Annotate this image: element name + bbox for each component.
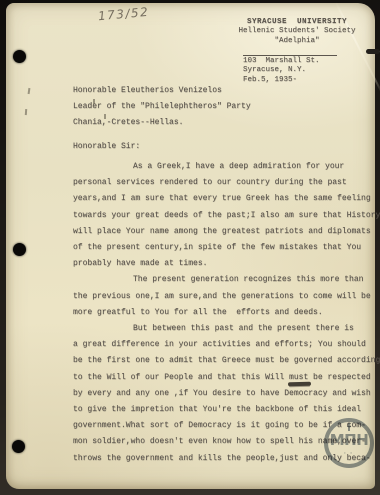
letter-line: But between this past and the present th…: [73, 321, 380, 337]
pencil-tick: [25, 109, 27, 115]
pen-mark-right-edge: [366, 49, 380, 54]
letterhead-address: 103 Marshall St. Syracuse, N.Y. Feb.5, 1…: [243, 57, 320, 85]
letter-line: personal services rendered to our countr…: [73, 175, 380, 191]
stamp-monogram: ΜΠΗ: [324, 431, 374, 449]
pencil-tick: [28, 88, 30, 94]
hole-punch: [13, 243, 26, 256]
hole-punch: [12, 440, 25, 453]
letter-line: a great difference in your activities an…: [73, 337, 380, 353]
pen-underline-must: [288, 382, 311, 387]
letterhead-city: Syracuse, N.Y.: [243, 66, 320, 75]
recipient-block: Honorable Eleutherios Venizelos Leader o…: [73, 83, 251, 131]
letterhead-university: SYRACUSE UNIVERSITY: [238, 18, 356, 27]
fold-crease: [335, 2, 380, 94]
letter-line: by every and any one ,if You desire to h…: [73, 386, 380, 402]
hole-punch: [13, 50, 26, 63]
letter-line: years,and I am sure that every true Gree…: [73, 191, 380, 207]
letterhead-society: Hellenic Students' Society: [238, 27, 356, 36]
letter-line: to the Will of our People and that this …: [73, 370, 380, 386]
letter-line: The present generation recognizes this m…: [73, 272, 380, 288]
recipient-location: Chania,-Cretes--Hellas.: [73, 115, 251, 131]
letterhead: SYRACUSE UNIVERSITY Hellenic Students' S…: [238, 18, 356, 46]
letter-line: As a Greek,I have a deep admiration for …: [73, 159, 380, 175]
stamp-dots: ··: [324, 450, 374, 458]
round-archive-stamp: ΜΠΗ ··: [324, 418, 374, 468]
letter-line: be the first one to admit that Greece mu…: [73, 353, 380, 369]
pencil-tick: [104, 114, 106, 119]
letter-line: more greatful to You for all the efforts…: [73, 305, 380, 321]
handwritten-archive-number: 173/52: [97, 5, 149, 23]
letter-paper: 173/52 SYRACUSE UNIVERSITY Hellenic Stud…: [6, 3, 375, 489]
letter-line: to give the impretion that You're the ba…: [73, 402, 380, 418]
letterhead-underline: [243, 55, 337, 56]
letterhead-date: Feb.5, 1935-: [243, 76, 320, 85]
letterhead-society-nickname: "Adelphia": [238, 37, 356, 46]
letter-line: will place Your name among the greatest …: [73, 224, 380, 240]
scan-background: 173/52 SYRACUSE UNIVERSITY Hellenic Stud…: [0, 0, 380, 495]
cross-icon: [347, 423, 351, 431]
letter-line: probably have made at times.: [73, 256, 380, 272]
letter-line: the previous one,I am sure,and the gener…: [73, 289, 380, 305]
letter-line: of the present century,in spite of the f…: [73, 240, 380, 256]
letterhead-street: 103 Marshall St.: [243, 57, 320, 66]
pencil-tick: [93, 99, 95, 104]
recipient-title: Leader of the "Philelephtheros" Party: [73, 99, 251, 115]
recipient-name: Honorable Eleutherios Venizelos: [73, 83, 251, 99]
letter-line: towards your great deeds of the past;I a…: [73, 208, 380, 224]
salutation: Honorable Sir:: [73, 142, 140, 151]
